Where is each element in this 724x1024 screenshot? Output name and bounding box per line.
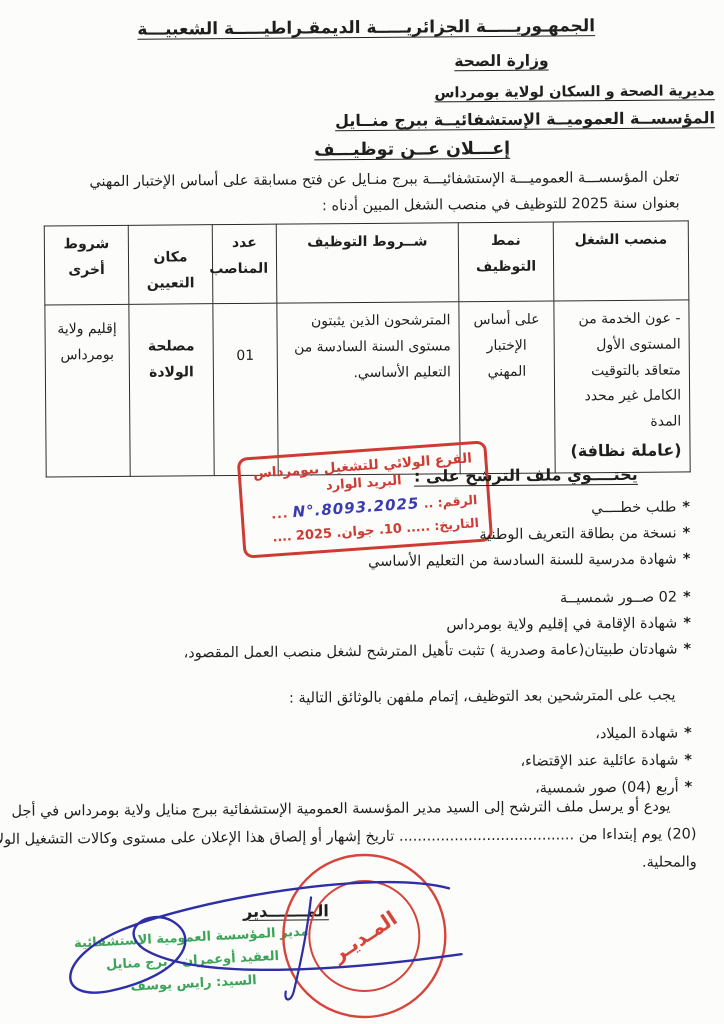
file-item-text: شهادتان طبيتان(عامة وصدرية ) تثبت تأهيل … bbox=[183, 642, 677, 662]
closing-line-1: يودع أو يرسل ملف الترشح إلى السيد مدير ا… bbox=[11, 799, 670, 820]
closing-line-2-suffix: تاريخ إشهار أو إلصاق هذا الإعلان على مست… bbox=[0, 829, 394, 848]
position-note: (عاملة نظافة) bbox=[563, 436, 681, 467]
position-text: - عون الخدمة من المستوى الأول متعاقد بال… bbox=[578, 310, 681, 430]
post-item-text: أربع (04) صور شمسية، bbox=[535, 780, 679, 797]
closing-line-3: والمحلية. bbox=[642, 854, 697, 870]
signature-stroke-loop bbox=[70, 882, 462, 993]
col-header-mode: نمط التوظيف bbox=[458, 222, 554, 302]
cell-other: إقليم ولاية بومرداس bbox=[45, 304, 130, 477]
closing-line-2-prefix: (20) يوم إبتداءا من bbox=[579, 826, 697, 843]
signature-stroke-flourish bbox=[285, 897, 312, 999]
file-item-text: شهادة مدرسية للسنة السادسة من التعليم ال… bbox=[368, 552, 677, 570]
cell-position: - عون الخدمة من المستوى الأول متعاقد بال… bbox=[554, 300, 690, 473]
closing-line-2: (20) يوم إبتداءا من ....................… bbox=[0, 826, 697, 848]
col-header-position: منصب الشغل bbox=[553, 221, 689, 301]
post-section-intro: يجب على المترشحين بعد التوظيف، إتمام ملف… bbox=[289, 688, 676, 707]
fill-in-dots: ...................................... bbox=[399, 827, 574, 844]
file-items-list: *طلب خطــــي *نسخة من بطاقة التعريف الوط… bbox=[182, 494, 691, 666]
post-items-list: *شهادة الميلاد، *شهادة عائلية عند الإقتض… bbox=[520, 720, 692, 802]
bullet-asterisk: * bbox=[682, 494, 690, 520]
table-header-row: منصب الشغل نمط التوظيف شــروط التوظيف عد… bbox=[44, 221, 689, 305]
file-section-title: يحتــــوي ملف الترشح على : bbox=[414, 465, 638, 486]
post-item-text: شهادة عائلية عند الإقتضاء، bbox=[520, 753, 678, 770]
bullet-asterisk: * bbox=[684, 747, 692, 774]
intro-line-1: تعلن المؤسســـة العموميـــة الإستشفائيــ… bbox=[89, 169, 679, 190]
file-item: *شهادتان طبيتان(عامة وصدرية ) تثبت تأهيل… bbox=[183, 636, 691, 666]
ministry-title: وزارة الصحة bbox=[396, 51, 606, 71]
round-stamp-ring-text: المؤسسة العمومية الإستشفائية العقيد أوعم… bbox=[277, 848, 283, 853]
announcement-title: إعـــلان عــن توظيـــف bbox=[287, 139, 537, 161]
intro-line-2: بعنوان سنة 2025 للتوظيف في منصب الشغل ال… bbox=[322, 195, 680, 214]
file-item: *02 صــور شمسيــة bbox=[183, 584, 691, 614]
directorate-line: مديرية الصحة و السكان لولاية بومرداس bbox=[434, 83, 714, 101]
bullet-asterisk: * bbox=[683, 584, 691, 610]
col-header-other: شروط أخرى bbox=[44, 225, 129, 304]
republic-title: الجمهـوريـــــة الجزائريـــــة الديمقـرا… bbox=[136, 16, 596, 40]
cell-count: 01 bbox=[213, 303, 278, 476]
file-item: *شهادة مدرسية للسنة السادسة من التعليم ا… bbox=[183, 546, 691, 576]
col-header-location: مكان التعيين bbox=[128, 225, 213, 304]
recruitment-table: منصب الشغل نمط التوظيف شــروط التوظيف عد… bbox=[44, 220, 691, 477]
handwritten-signature bbox=[47, 868, 488, 1021]
file-item: *شهادة الإقامة في إقليم ولاية بومرداس bbox=[183, 610, 691, 640]
post-item: *شهادة عائلية عند الإقتضاء، bbox=[520, 747, 692, 775]
file-item: *نسخة من بطاقة التعريف الوطنية bbox=[183, 520, 691, 550]
scan-content: الجمهـوريـــــة الجزائريـــــة الديمقـرا… bbox=[0, 0, 724, 1024]
bullet-asterisk: * bbox=[683, 636, 691, 662]
bullet-asterisk: * bbox=[683, 610, 691, 636]
post-item: *شهادة الميلاد، bbox=[520, 720, 692, 748]
col-header-conditions: شــروط التوظيف bbox=[276, 223, 459, 303]
cell-location: مصلحة الولادة bbox=[129, 303, 214, 476]
bullet-asterisk: * bbox=[684, 774, 692, 801]
file-item: *طلب خطــــي bbox=[182, 494, 690, 524]
bullet-asterisk: * bbox=[682, 520, 690, 546]
bullet-asterisk: * bbox=[684, 720, 692, 747]
post-item-text: شهادة الميلاد، bbox=[595, 726, 678, 743]
col-header-count: عدد المناصب bbox=[212, 224, 277, 303]
document-page: الجمهـوريـــــة الجزائريـــــة الديمقـرا… bbox=[0, 0, 724, 1024]
file-item-text: نسخة من بطاقة التعريف الوطنية bbox=[479, 526, 676, 544]
bullet-asterisk: * bbox=[683, 546, 691, 572]
institution-line: المؤسســة العموميــة الإستشفائيــة ببرج … bbox=[335, 108, 715, 130]
file-item-text: شهادة الإقامة في إقليم ولاية بومرداس bbox=[446, 616, 677, 634]
file-item-text: طلب خطــــي bbox=[591, 500, 676, 517]
file-item-text: 02 صــور شمسيــة bbox=[560, 590, 677, 607]
